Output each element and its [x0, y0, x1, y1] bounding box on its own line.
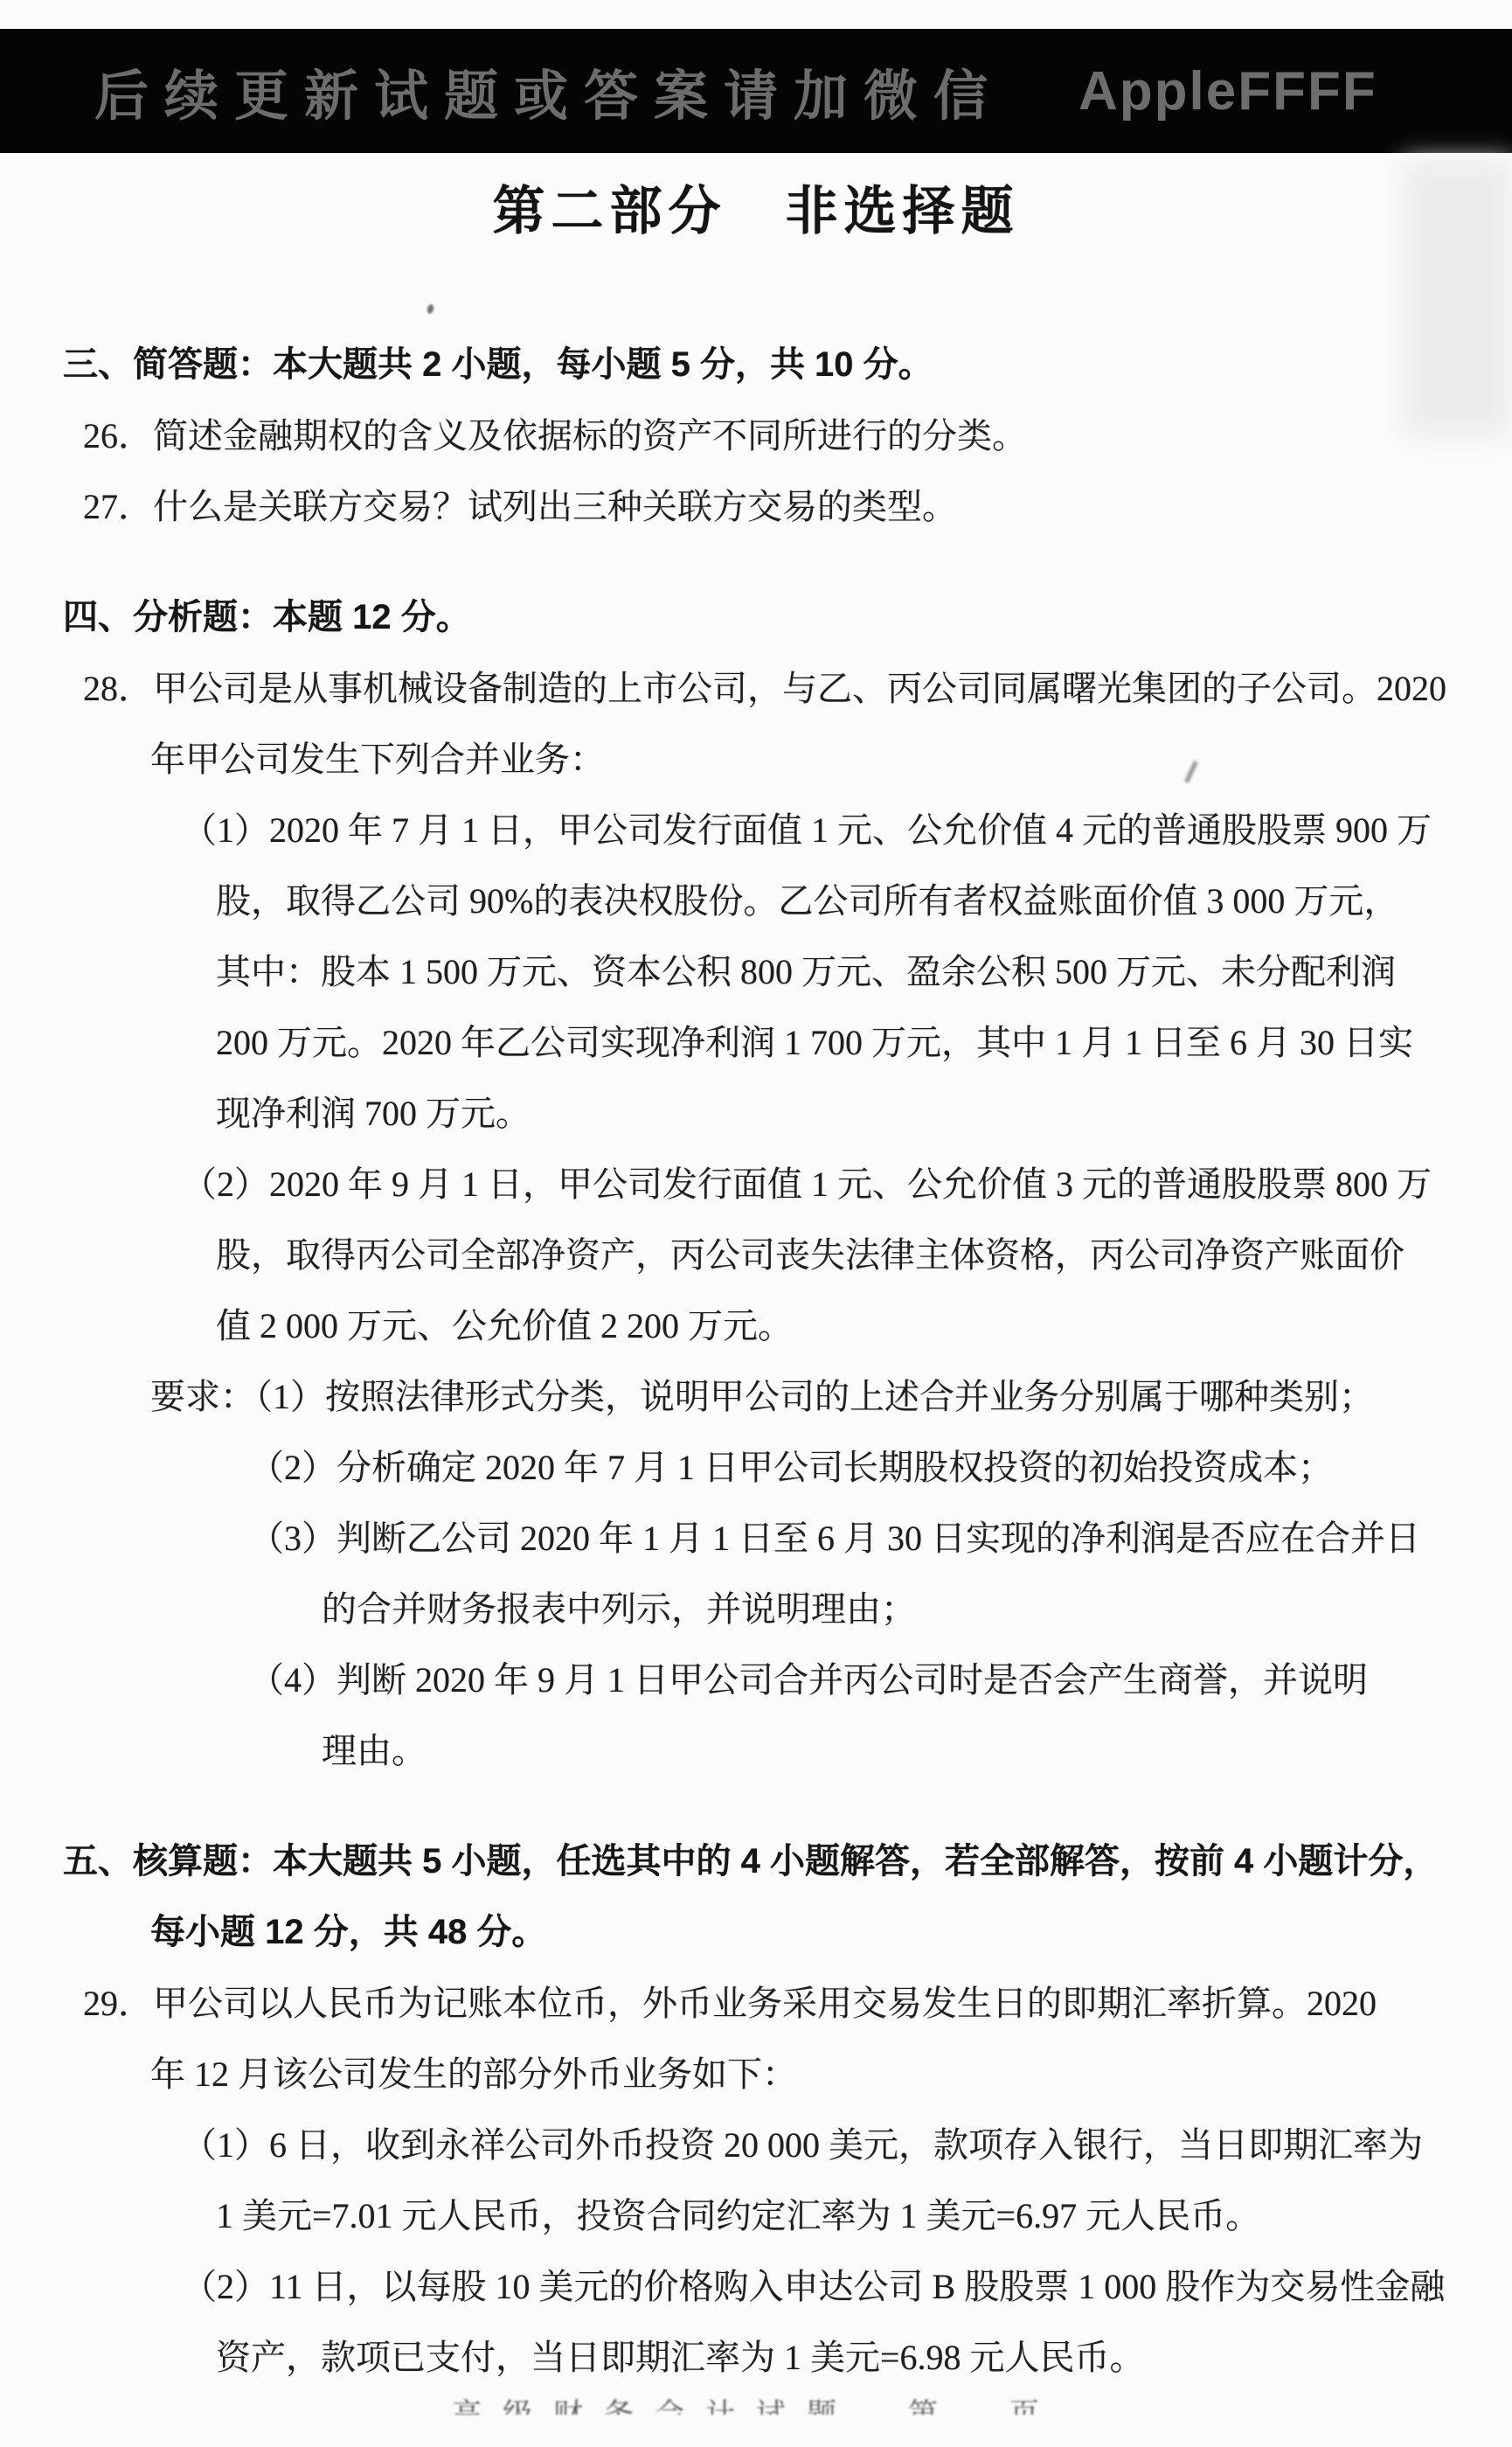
section-heading-3: 三、简答题：本大题共 2 小题，每小题 5 分，共 10 分。	[0, 330, 1512, 400]
q29-item2-cont: 资产，款项已支付，当日即期汇率为 1 美元=6.98 元人民币。	[0, 2322, 1512, 2393]
section-heading-5: 五、核算题：本大题共 5 小题，任选其中的 4 小题解答，若全部解答，按前 4 …	[0, 1826, 1512, 1897]
q28-item1-cont: 现净利润 700 万元。	[0, 1078, 1512, 1149]
question-28-line: 28．甲公司是从事机械设备制造的上市公司，与乙、丙公司同属曙光集团的子公司。20…	[0, 653, 1512, 724]
q28-item1-cont: 200 万元。2020 年乙公司实现净利润 1 700 万元，其中 1 月 1 …	[0, 1007, 1512, 1078]
q28-requirement-4-cont: 理由。	[0, 1715, 1512, 1786]
question-26-line: 26．简述金融期权的含义及依据标的资产不同所进行的分类。	[0, 400, 1512, 471]
banner-wechat-id: AppleFFFF	[1079, 60, 1377, 122]
page-footer: 高级财务会计试题 第 页	[0, 2395, 1512, 2415]
q28-requirement-3: （3）判断乙公司 2020 年 1 月 1 日至 6 月 30 日实现的净利润是…	[0, 1503, 1512, 1574]
scan-dot-artifact	[427, 303, 434, 314]
q28-requirement-1: 要求：（1）按照法律形式分类，说明甲公司的上述合并业务分别属于哪种类别；	[0, 1361, 1512, 1432]
question-28-cont: 年甲公司发生下列合并业务：	[0, 724, 1512, 795]
banner-text: 后续更新试题或答案请加微信	[94, 52, 1003, 130]
q29-item2-line: （2）11 日，以每股 10 美元的价格购入申达公司 B 股股票 1 000 股…	[0, 2251, 1512, 2322]
document-body: 三、简答题：本大题共 2 小题，每小题 5 分，共 10 分。 26．简述金融期…	[0, 330, 1512, 2393]
q28-item2-cont: 股，取得丙公司全部净资产，丙公司丧失法律主体资格，丙公司净资产账面价	[0, 1220, 1512, 1290]
q28-requirement-2: （2）分析确定 2020 年 7 月 1 日甲公司长期股权投资的初始投资成本；	[0, 1432, 1512, 1503]
wechat-ad-banner: 后续更新试题或答案请加微信 AppleFFFF	[0, 29, 1512, 153]
question-27-line: 27．什么是关联方交易？试列出三种关联方交易的类型。	[0, 471, 1512, 542]
question-29-line: 29．甲公司以人民币为记账本位币，外币业务采用交易发生日的即期汇率折算。2020	[0, 1968, 1512, 2039]
section-heading-5-cont: 每小题 12 分，共 48 分。	[0, 1897, 1512, 1968]
question-29-cont: 年 12 月该公司发生的部分外币业务如下：	[0, 2039, 1512, 2110]
q28-item2-cont: 值 2 000 万元、公允价值 2 200 万元。	[0, 1290, 1512, 1361]
q28-item1-line: （1）2020 年 7 月 1 日，甲公司发行面值 1 元、公允价值 4 元的普…	[0, 795, 1512, 865]
q29-item1-cont: 1 美元=7.01 元人民币，投资合同约定汇率为 1 美元=6.97 元人民币。	[0, 2180, 1512, 2251]
q28-item1-cont: 其中：股本 1 500 万元、资本公积 800 万元、盈余公积 500 万元、未…	[0, 936, 1512, 1007]
q28-item2-line: （2）2020 年 9 月 1 日，甲公司发行面值 1 元、公允价值 3 元的普…	[0, 1149, 1512, 1220]
footer-text: 高级财务会计试题 第 页	[452, 2395, 1060, 2415]
banner-content: 后续更新试题或答案请加微信 AppleFFFF	[0, 52, 1377, 130]
page-title: 第二部分 非选择题	[0, 180, 1512, 243]
q28-requirement-3-cont: 的合并财务报表中列示，并说明理由；	[0, 1574, 1512, 1644]
q29-item1-line: （1）6 日，收到永祥公司外币投资 20 000 美元，款项存入银行，当日即期汇…	[0, 2110, 1512, 2180]
section-heading-4: 四、分析题：本题 12 分。	[0, 582, 1512, 653]
q28-requirement-4: （4）判断 2020 年 9 月 1 日甲公司合并丙公司时是否会产生商誉，并说明	[0, 1644, 1512, 1715]
q28-item1-cont: 股，取得乙公司 90%的表决权股份。乙公司所有者权益账面价值 3 000 万元，	[0, 865, 1512, 936]
exam-paper-page: 后续更新试题或答案请加微信 AppleFFFF 第二部分 非选择题 三、简答题：…	[0, 0, 1512, 2447]
